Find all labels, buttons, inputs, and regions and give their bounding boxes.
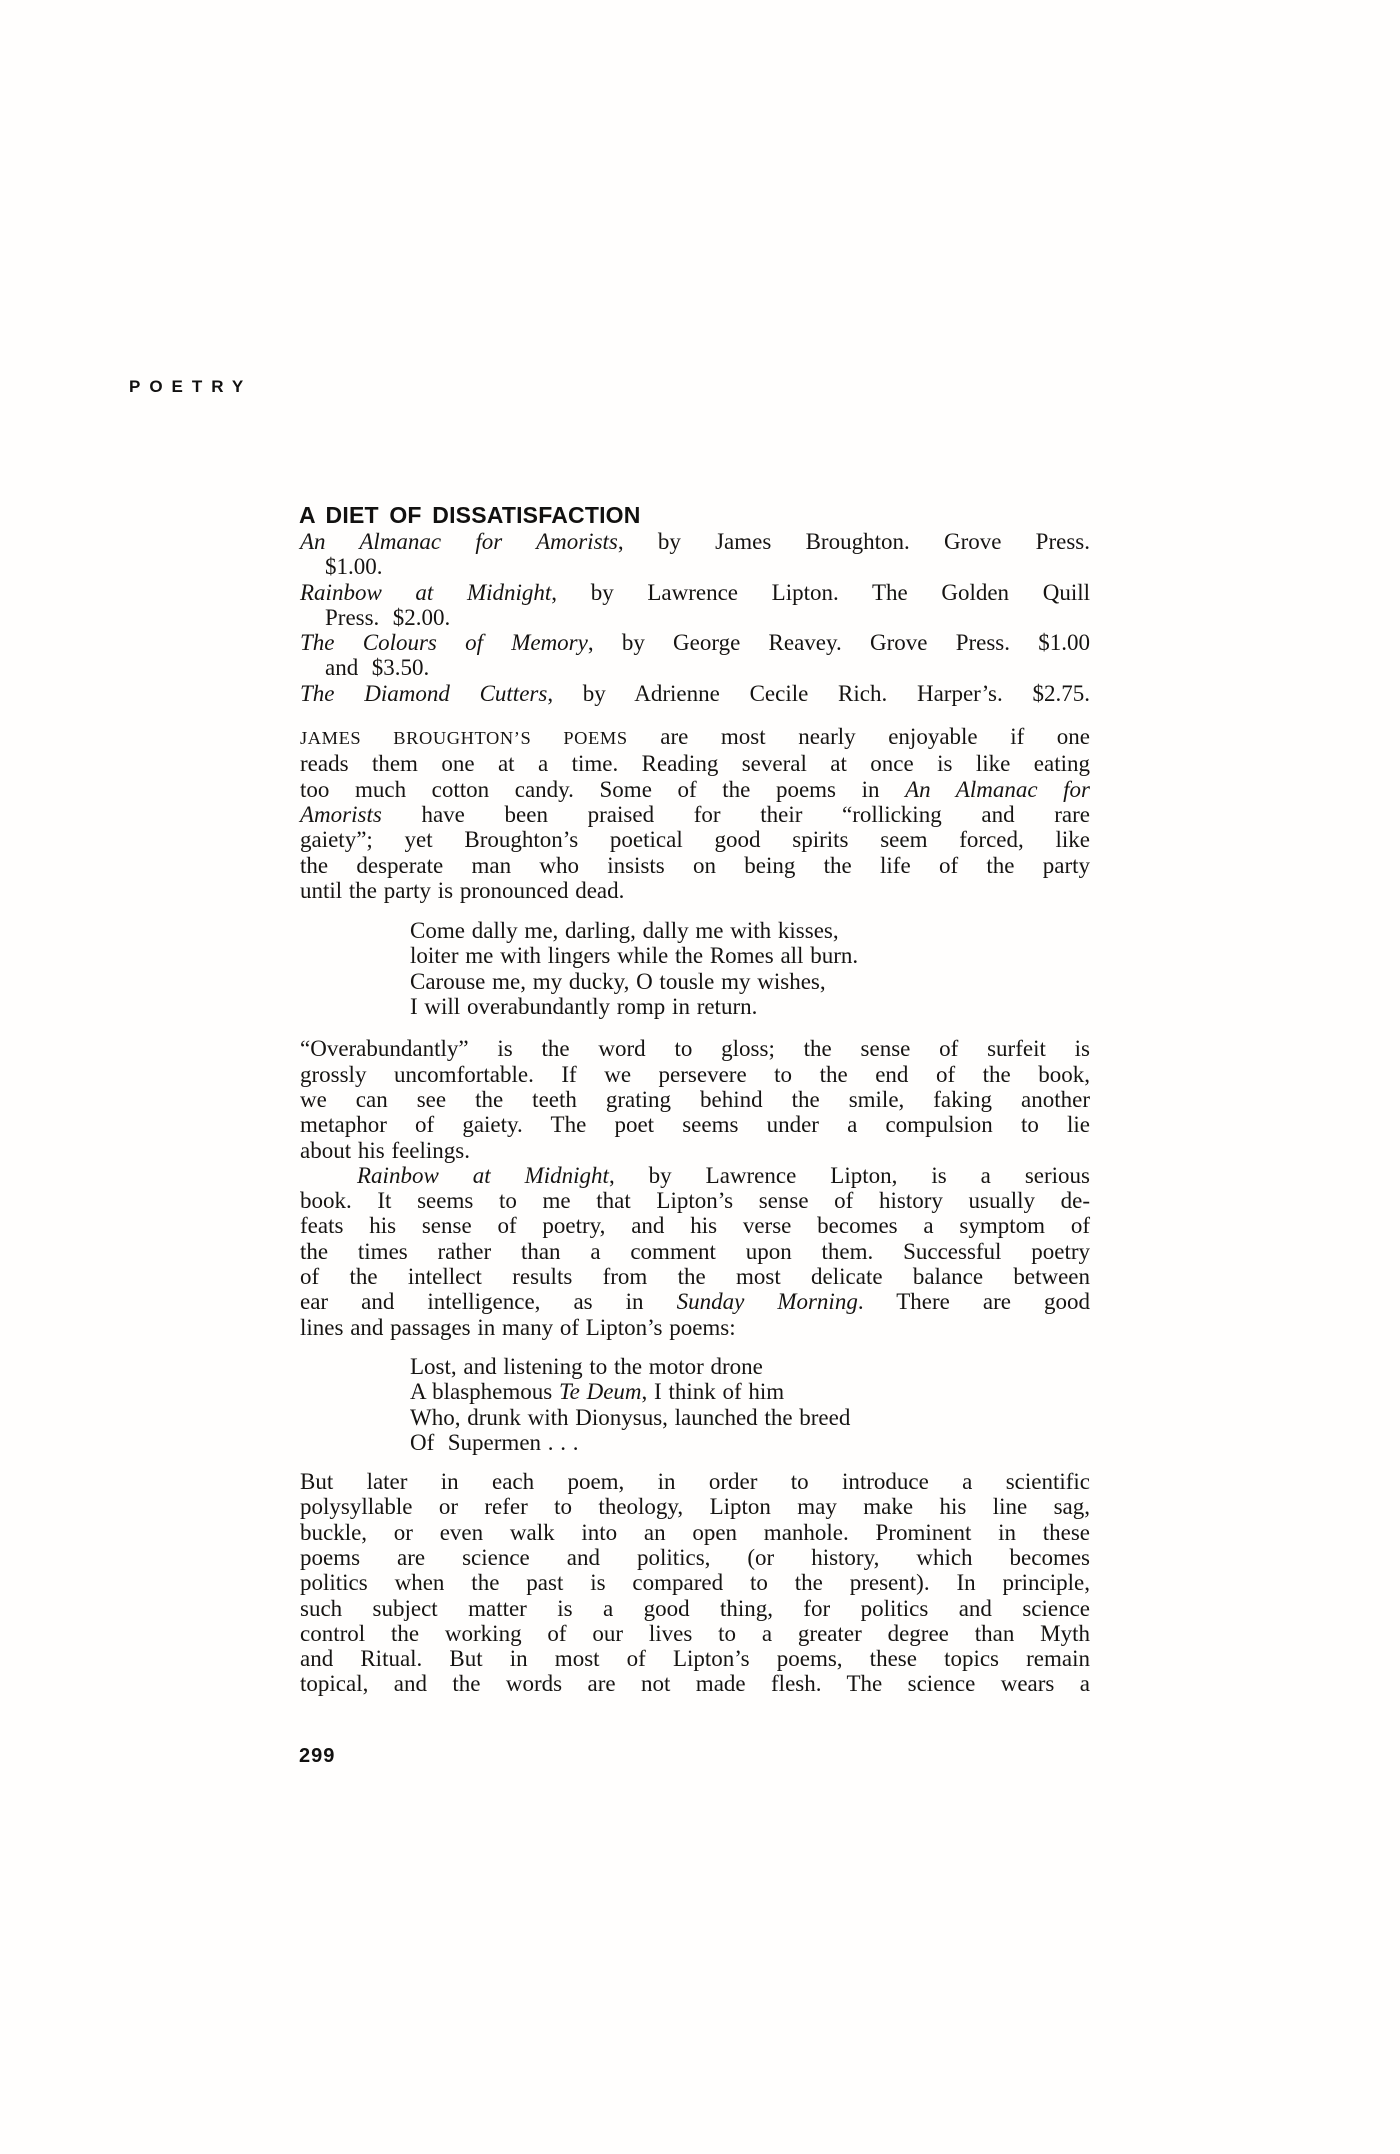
- text-line: poems are science and politics, (or hist…: [300, 1545, 1090, 1570]
- text-segment: and $3.50.: [325, 655, 429, 680]
- text-segment: reads them one at a time. Reading severa…: [300, 751, 1090, 776]
- text-segment: “Overabundantly” is the word to gloss; t…: [300, 1036, 1090, 1061]
- text-line: I will overabundantly romp in return.: [410, 994, 1090, 1019]
- text-segment: Lost, and listening to the motor drone: [410, 1354, 763, 1379]
- text-line: The Diamond Cutters, by Adrienne Cecile …: [300, 681, 1090, 706]
- text-line: reads them one at a time. Reading severa…: [300, 751, 1090, 776]
- bibliography: An Almanac for Amorists, by James Brough…: [300, 529, 1090, 706]
- running-header: POETRY: [129, 377, 252, 397]
- text-segment: the times rather than a comment upon the…: [300, 1239, 1090, 1264]
- text-line: ear and intelligence, as in Sunday Morni…: [300, 1289, 1090, 1314]
- text-segment: , I think of him: [642, 1379, 785, 1404]
- text-segment: Of Supermen . . .: [410, 1430, 579, 1455]
- text-line: Who, drunk with Dionysus, launched the b…: [410, 1405, 1090, 1430]
- italic-text: An Almanac for Amorists: [300, 529, 618, 554]
- text-line: topical, and the words are not made fles…: [300, 1671, 1090, 1696]
- paragraph: JAMES BROUGHTON’S POEMS are most nearly …: [300, 724, 1090, 903]
- text-line: lines and passages in many of Lipton’s p…: [300, 1315, 1090, 1340]
- italic-text: An Almanac for: [905, 777, 1090, 802]
- paragraph: But later in each poem, in order to intr…: [300, 1469, 1090, 1697]
- text-segment: gaiety”; yet Broughton’s poetical good s…: [300, 827, 1090, 852]
- text-segment: ear and intelligence, as in: [300, 1289, 677, 1314]
- text-line: The Colours of Memory, by George Reavey.…: [300, 630, 1090, 655]
- text-line: polysyllable or refer to theology, Lipto…: [300, 1494, 1090, 1519]
- verse-quote: Come dally me, darling, dally me with ki…: [410, 918, 1090, 1019]
- text-segment: Come dally me, darling, dally me with ki…: [410, 918, 839, 943]
- text-line: Amorists have been praised for their “ro…: [300, 802, 1090, 827]
- text-segment: control the working of our lives to a gr…: [300, 1621, 1090, 1646]
- text-segment: A blasphemous: [410, 1379, 559, 1404]
- text-column: An Almanac for Amorists, by James Brough…: [300, 529, 1090, 1697]
- italic-text: Sunday Morning: [677, 1289, 858, 1314]
- text-segment: we can see the teeth grating behind the …: [300, 1087, 1090, 1112]
- text-line: Rainbow at Midnight, by Lawrence Lipton.…: [300, 580, 1090, 605]
- text-segment: polysyllable or refer to theology, Lipto…: [300, 1494, 1090, 1519]
- paragraph: Rainbow at Midnight, by Lawrence Lipton,…: [300, 1163, 1090, 1340]
- text-line: But later in each poem, in order to intr…: [300, 1469, 1090, 1494]
- text-line: Come dally me, darling, dally me with ki…: [410, 918, 1090, 943]
- text-line: about his feelings.: [300, 1138, 1090, 1163]
- italic-text: The Colours of Memory: [300, 630, 588, 655]
- italic-text: Rainbow at Midnight: [357, 1163, 609, 1188]
- text-segment: , by James Broughton. Grove Press.: [618, 529, 1090, 554]
- text-line: JAMES BROUGHTON’S POEMS are most nearly …: [300, 724, 1090, 751]
- scanned-page: POETRY A DIET OF DISSATISFACTION An Alma…: [0, 0, 1400, 2154]
- text-segment: poems are science and politics, (or hist…: [300, 1545, 1090, 1570]
- text-segment: the desperate man who insists on being t…: [300, 853, 1090, 878]
- text-line: the times rather than a comment upon the…: [300, 1239, 1090, 1264]
- text-line: Lost, and listening to the motor drone: [410, 1354, 1090, 1379]
- text-segment: and Ritual. But in most of Lipton’s poem…: [300, 1646, 1090, 1671]
- text-segment: buckle, or even walk into an open manhol…: [300, 1520, 1090, 1545]
- text-segment: $1.00.: [325, 554, 383, 579]
- text-line: control the working of our lives to a gr…: [300, 1621, 1090, 1646]
- text-line: we can see the teeth grating behind the …: [300, 1087, 1090, 1112]
- italic-text: Amorists: [300, 802, 382, 827]
- text-line: too much cotton candy. Some of the poems…: [300, 777, 1090, 802]
- text-segment: topical, and the words are not made fles…: [300, 1671, 1090, 1696]
- italic-text: Rainbow at Midnight: [300, 580, 551, 605]
- text-segment: lines and passages in many of Lipton’s p…: [300, 1315, 736, 1340]
- text-line: feats his sense of poetry, and his verse…: [300, 1213, 1090, 1238]
- italic-text: The Diamond Cutters: [300, 681, 547, 706]
- text-line: Press. $2.00.: [300, 605, 1090, 630]
- text-line: until the party is pronounced dead.: [300, 878, 1090, 903]
- text-line: Of Supermen . . .: [410, 1430, 1090, 1455]
- text-segment: such subject matter is a good thing, for…: [300, 1596, 1090, 1621]
- text-line: of the intellect results from the most d…: [300, 1264, 1090, 1289]
- text-line: $1.00.: [300, 554, 1090, 579]
- text-segment: of the intellect results from the most d…: [300, 1264, 1090, 1289]
- text-segment: Carouse me, my ducky, O tousle my wishes…: [410, 969, 826, 994]
- text-segment: loiter me with lingers while the Romes a…: [410, 943, 858, 968]
- text-segment: grossly uncomfortable. If we persevere t…: [300, 1062, 1090, 1087]
- text-segment: too much cotton candy. Some of the poems…: [300, 777, 905, 802]
- text-line: A blasphemous Te Deum, I think of him: [410, 1379, 1090, 1404]
- text-segment: , by Lawrence Lipton, is a serious: [609, 1163, 1090, 1188]
- text-line: “Overabundantly” is the word to gloss; t…: [300, 1036, 1090, 1061]
- text-segment: I will overabundantly romp in return.: [410, 994, 757, 1019]
- text-line: buckle, or even walk into an open manhol…: [300, 1520, 1090, 1545]
- text-segment: about his feelings.: [300, 1138, 470, 1163]
- text-line: Carouse me, my ducky, O tousle my wishes…: [410, 969, 1090, 994]
- text-segment: until the party is pronounced dead.: [300, 878, 624, 903]
- text-line: and Ritual. But in most of Lipton’s poem…: [300, 1646, 1090, 1671]
- text-line: An Almanac for Amorists, by James Brough…: [300, 529, 1090, 554]
- smallcaps-text: JAMES BROUGHTON’S POEMS: [300, 728, 628, 748]
- text-segment: Press. $2.00.: [325, 605, 450, 630]
- text-line: book. It seems to me that Lipton’s sense…: [300, 1188, 1090, 1213]
- text-segment: . There are good: [858, 1289, 1090, 1314]
- text-segment: are most nearly enjoyable if one: [628, 724, 1090, 749]
- text-segment: have been praised for their “rollicking …: [382, 802, 1090, 827]
- text-segment: But later in each poem, in order to intr…: [300, 1469, 1090, 1494]
- text-line: and $3.50.: [300, 655, 1090, 680]
- text-line: loiter me with lingers while the Romes a…: [410, 943, 1090, 968]
- text-line: metaphor of gaiety. The poet seems under…: [300, 1112, 1090, 1137]
- page-number: 299: [299, 1745, 335, 1768]
- article-title: A DIET OF DISSATISFACTION: [299, 502, 641, 529]
- text-segment: politics when the past is compared to th…: [300, 1570, 1090, 1595]
- text-segment: metaphor of gaiety. The poet seems under…: [300, 1112, 1090, 1137]
- text-segment: , by Lawrence Lipton. The Golden Quill: [551, 580, 1090, 605]
- text-segment: , by George Reavey. Grove Press. $1.00: [588, 630, 1090, 655]
- text-segment: feats his sense of poetry, and his verse…: [300, 1213, 1090, 1238]
- text-segment: , by Adrienne Cecile Rich. Harper’s. $2.…: [547, 681, 1090, 706]
- text-line: politics when the past is compared to th…: [300, 1570, 1090, 1595]
- verse-quote: Lost, and listening to the motor droneA …: [410, 1354, 1090, 1455]
- text-line: Rainbow at Midnight, by Lawrence Lipton,…: [300, 1163, 1090, 1188]
- text-line: gaiety”; yet Broughton’s poetical good s…: [300, 827, 1090, 852]
- text-segment: book. It seems to me that Lipton’s sense…: [300, 1188, 1090, 1213]
- text-segment: Who, drunk with Dionysus, launched the b…: [410, 1405, 850, 1430]
- text-line: such subject matter is a good thing, for…: [300, 1596, 1090, 1621]
- text-line: grossly uncomfortable. If we persevere t…: [300, 1062, 1090, 1087]
- paragraph: “Overabundantly” is the word to gloss; t…: [300, 1036, 1090, 1162]
- italic-text: Te Deum: [559, 1379, 642, 1404]
- text-line: the desperate man who insists on being t…: [300, 853, 1090, 878]
